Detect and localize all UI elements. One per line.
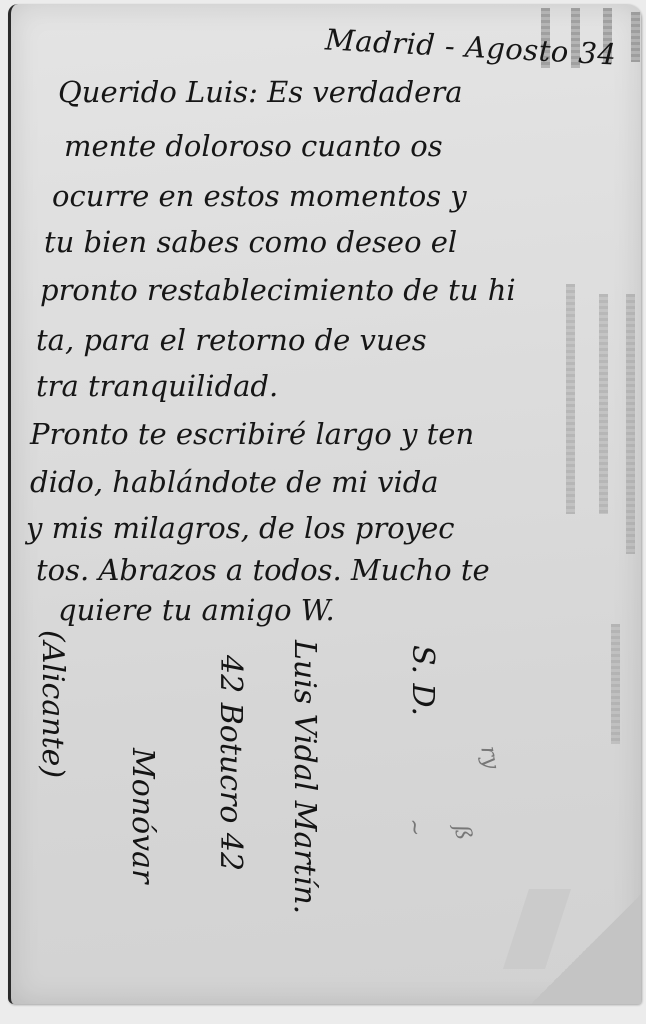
letter-line: tu bien sabes como deseo el [44, 228, 457, 257]
letter-line: mente doloroso cuanto os [64, 132, 443, 161]
letter-line: quiere tu amigo W. [58, 596, 335, 625]
letter-line: y mis milagros, de los proyec [26, 514, 454, 543]
letter-line: ocurre en estos momentos y [52, 182, 467, 211]
letter-line: Pronto te escribiré largo y ten [30, 420, 474, 449]
pencil-mark: ry [475, 744, 504, 771]
address-town: Monóvar [125, 748, 160, 883]
postmark-strip [626, 294, 635, 554]
postmark-strip [611, 624, 620, 744]
postmark-strip [599, 294, 608, 514]
letter-line: dido, hablándote de mi vida [30, 468, 439, 497]
address-province: (Alicante) [35, 630, 70, 778]
letter-line: Querido Luis: Es verdadera [58, 78, 463, 107]
postmark-strip [631, 12, 640, 62]
postmark-strip [566, 284, 575, 514]
letter-line: ta, para el retorno de vues [36, 326, 427, 355]
folded-corner [531, 894, 641, 1004]
address-salutation: S. D. [405, 645, 440, 716]
address-name: Luis Vidal Martín. [287, 640, 322, 914]
address-street: 42 Botucro 42 [213, 655, 248, 871]
letter-line: tos. Abrazos a todos. Mucho te [36, 556, 490, 585]
letter-line: pronto restablecimiento de tu hi [40, 276, 516, 305]
letter-line: tra tranquilidad. [36, 372, 278, 401]
